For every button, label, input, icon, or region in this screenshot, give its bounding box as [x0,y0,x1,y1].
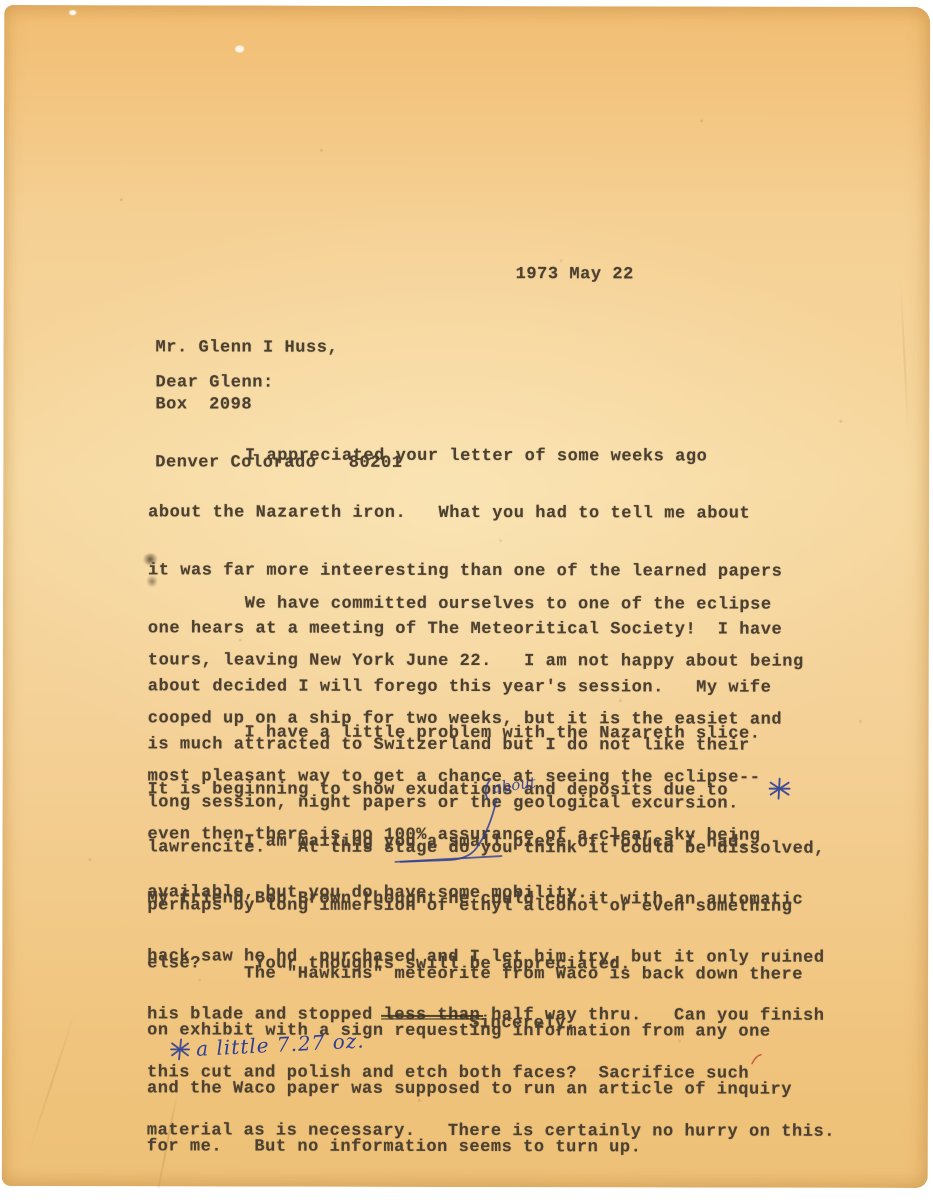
typed-line: for me. But no information seems to turn… [147,1138,803,1159]
typed-line: I appreciated your letter of some weeks … [148,446,782,467]
closing-sincerely: Sincerely, [469,1014,577,1034]
typed-line: I am mailing you a small piece of Toluca… [147,832,835,853]
letter-paper: 1973 May 22 Mr. Glenn I Huss, Box 2098 D… [2,5,930,1188]
typed-line: about the Nazareth iron. What you had to… [148,504,782,525]
paragraph-5: The "Hawkins" meteorite from Waco is bac… [147,925,803,1197]
address-line: Mr. Glenn I Huss, [156,338,403,358]
typed-line: The "Hawkins" meteorite from Waco is bac… [147,964,803,985]
letter-content: 1973 May 22 Mr. Glenn I Huss, Box 2098 D… [0,0,933,1200]
paper-crease [28,1011,76,1154]
salutation: Dear Glenn: [155,373,273,393]
paper-white-speck [69,10,76,15]
typed-line: and the Waco paper was supposed to run a… [147,1080,803,1101]
typed-date: 1973 May 22 [516,265,634,285]
typed-line: We have committed ourselves to one of th… [148,594,804,615]
typed-line: My friend Bob Brown thought he could cut… [147,890,835,911]
paper-crease [899,279,909,439]
typed-line: tours, leaving New York June 22. I am no… [148,652,804,673]
typed-line: I have a little problem with the Nazaret… [148,723,825,744]
